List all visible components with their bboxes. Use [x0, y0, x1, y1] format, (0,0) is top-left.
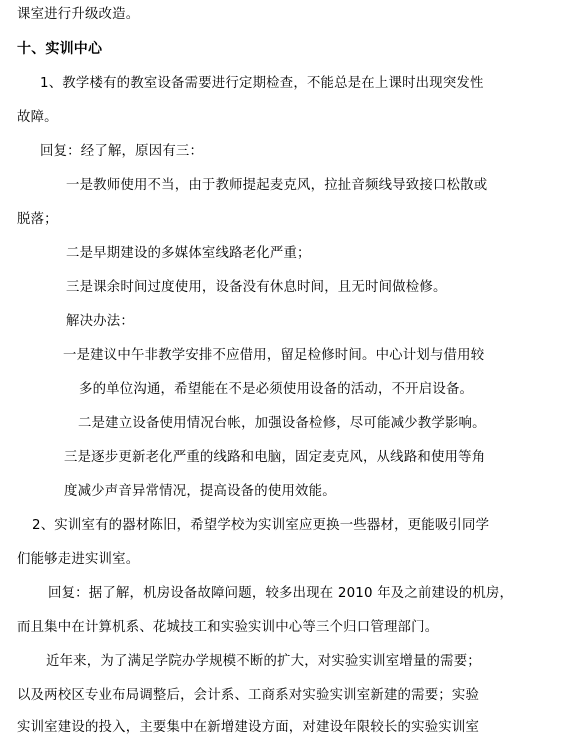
reason-2: 二是早期建设的多媒体室线路老化严重； [66, 245, 311, 263]
issue-1-text: 1、教学楼有的教室设备需要进行定期检查，不能总是在上课时出现突发性 [40, 75, 484, 93]
reply-2-para2-cont: 以及两校区专业布局调整后，会计系、工商系对实验实训室新建的需要；实验 [17, 687, 479, 705]
reason-1-cont: 脱落； [17, 211, 58, 229]
solution-2: 二是建立设备使用情况台帐，加强设备检修，尽可能减少教学影响。 [78, 415, 486, 433]
reply-2-para2-cont2: 实训室建设的投入，主要集中在新增建设方面，对建设年限较长的实验实训室 [17, 719, 479, 737]
solution-heading: 解决办法： [66, 313, 134, 331]
solution-1-cont: 多的单位沟通，希望能在不是必须使用设备的活动，不开启设备。 [79, 381, 473, 399]
reply-2-para2: 近年来，为了满足学院办学规模不断的扩大，对实验实训室增量的需要； [46, 653, 481, 671]
solution-3: 三是逐步更新老化严重的线路和电脑，固定麦克风，从线路和使用等角 [64, 449, 485, 467]
solution-3-cont: 度减少声音异常情况，提高设备的使用效能。 [64, 483, 336, 501]
reply-2-text-cont: 而且集中在计算机系、花城技工和实验实训中心等三个归口管理部门。 [17, 619, 438, 637]
issue-2-text: 2、实训室有的器材陈旧，希望学校为实训室应更换一些器材，更能吸引同学 [32, 517, 489, 535]
issue-1-text-cont: 故障。 [17, 109, 58, 127]
solution-1: 一是建议中午非教学安排不应借用，留足检修时间。中心计划与借用较 [63, 347, 484, 365]
reply-2-text: 回复：据了解，机房设备故障问题，较多出现在 2010 年及之前建设的机房， [48, 585, 513, 603]
reply-1-intro: 回复：经了解，原因有三： [40, 143, 203, 161]
reason-3: 三是课余时间过度使用，设备没有休息时间，且无时间做检修。 [66, 279, 447, 297]
section-heading: 十、实训中心 [17, 40, 102, 58]
paragraph-continuation: 课室进行升级改造。 [17, 6, 139, 24]
issue-2-text-cont: 们能够走进实训室。 [17, 551, 139, 569]
reason-1: 一是教师使用不当，由于教师提起麦克风，拉扯音频线导致接口松散或 [66, 177, 487, 195]
